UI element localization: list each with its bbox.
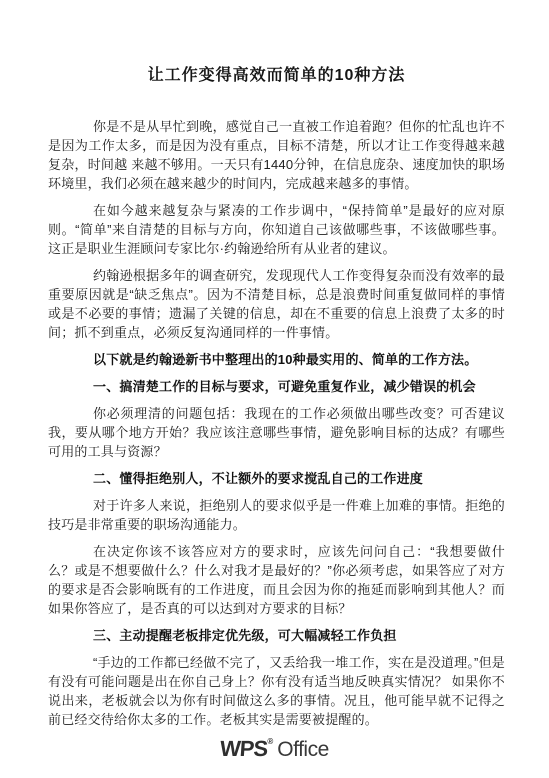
wps-office-logo: WPS®Office (0, 736, 549, 762)
registered-mark-icon: ® (267, 737, 273, 746)
document-title: 让工作变得高效而简单的10种方法 (48, 64, 505, 88)
paragraph-section1: 你必须理清的问题包括：我现在的工作必须做出哪些改变？可否建议我，要从哪个地方开始… (48, 404, 505, 461)
paragraph-list-lead-in: 以下就是约翰逊新书中整理出的10种最实用的、简单的工作方法。 (48, 350, 505, 369)
section-heading-2: 二、懂得拒绝别人，不让额外的要求搅乱自己的工作进度 (48, 469, 505, 488)
paragraph-section2-b: 在决定你该不该答应对方的要求时，应该先问问自己：“我想要做什么？或是不想要做什么… (48, 542, 505, 618)
document-page: 让工作变得高效而简单的10种方法 你是不是从早忙到晚，感觉自己一直被工作追着跑？… (0, 0, 549, 778)
paragraph-research: 约翰逊根据多年的调查研究，发现现代人工作变得复杂而没有效率的最重要原因就是“缺乏… (48, 266, 505, 342)
section-heading-3: 三、主动提醒老板排定优先级，可大幅减轻工作负担 (48, 626, 505, 645)
paragraph-keep-simple: 在如今越来越复杂与紧凑的工作步调中，“保持简单”是最好的应对原则。“简单”来自清… (48, 201, 505, 258)
paragraph-intro: 你是不是从早忙到晚，感觉自己一直被工作追着跑？但你的忙乱也许不是因为工作太多，而… (48, 117, 505, 193)
paragraph-section3: “手边的工作都已经做不完了，又丢给我一堆工作，实在是没道理。”但是有没有可能问题… (48, 653, 505, 729)
wps-logo-text: WPS (219, 736, 268, 762)
section-heading-1: 一、搞清楚工作的目标与要求，可避免重复作业，减少错误的机会 (48, 377, 505, 396)
office-logo-text: Office (277, 738, 328, 761)
paragraph-section2-a: 对于许多人来说，拒绝别人的要求似乎是一件难上加难的事情。拒绝的技巧是非常重要的职… (48, 496, 505, 534)
